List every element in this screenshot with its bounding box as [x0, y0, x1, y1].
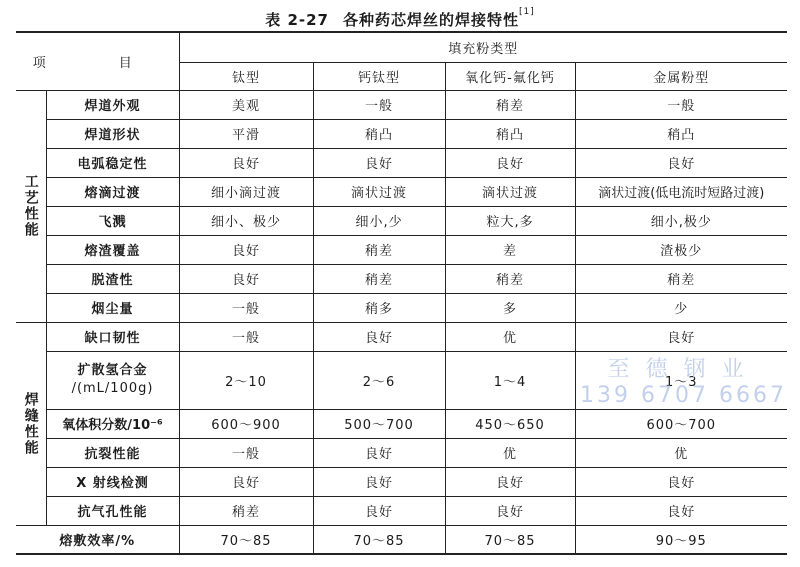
group-label-process: 工艺性能: [16, 90, 46, 322]
cell: 良好: [313, 148, 445, 177]
cell: 滴状过渡: [445, 177, 575, 206]
welding-characteristics-table: 项 目 填充粉类型 钛型 钙钛型 氧化钙-氟化钙 金属粉型 工艺性能 焊道外观 …: [16, 31, 787, 555]
cell: 良好: [445, 467, 575, 496]
row-item: 熔渣覆盖: [46, 235, 179, 264]
header-col-metal: 金属粉型: [575, 62, 787, 90]
table-row: 抗气孔性能 稍差 良好 良好 良好: [16, 496, 787, 525]
cell: 稍差: [313, 264, 445, 293]
header-col-cati: 钙钛型: [313, 62, 445, 90]
cell: 600～700: [575, 409, 787, 438]
cell: 优: [575, 438, 787, 467]
group-label-weld: 焊缝性能: [16, 322, 46, 525]
cell: 500～700: [313, 409, 445, 438]
cell: 良好: [179, 264, 313, 293]
row-item: 抗裂性能: [46, 438, 179, 467]
cell: 优: [445, 322, 575, 351]
row-item: 脱渣性: [46, 264, 179, 293]
cell: 稍差: [445, 264, 575, 293]
table-row-footer: 熔敷效率/% 70～85 70～85 70～85 90～95: [16, 525, 787, 554]
table-row: X 射线检测 良好 良好 良好 良好: [16, 467, 787, 496]
cell: 良好: [575, 148, 787, 177]
cell: 稍凸: [313, 119, 445, 148]
cell: 滴状过渡: [313, 177, 445, 206]
cell: 细小滴过渡: [179, 177, 313, 206]
row-item: 熔滴过渡: [46, 177, 179, 206]
cell: 良好: [575, 467, 787, 496]
cell: 多: [445, 293, 575, 322]
row-item: 扩散氢合金 /(mL/100g): [46, 351, 179, 409]
cell: 稍多: [313, 293, 445, 322]
table-row: 抗裂性能 一般 良好 优 优: [16, 438, 787, 467]
row-item: 抗气孔性能: [46, 496, 179, 525]
header-group: 填充粉类型: [179, 32, 787, 62]
cell: 差: [445, 235, 575, 264]
cell: 稍差: [575, 264, 787, 293]
cell: 一般: [313, 90, 445, 119]
cell: 70～85: [179, 525, 313, 554]
table-row: 烟尘量 一般 稍多 多 少: [16, 293, 787, 322]
table-row: 工艺性能 焊道外观 美观 一般 稍差 一般: [16, 90, 787, 119]
table-row: 扩散氢合金 /(mL/100g) 2～10 2～6 1～4 1～3: [16, 351, 787, 409]
cell: 良好: [575, 496, 787, 525]
cell: 良好: [575, 322, 787, 351]
cell: 一般: [179, 293, 313, 322]
cell: 一般: [179, 438, 313, 467]
row-item: 焊道外观: [46, 90, 179, 119]
cell: 优: [445, 438, 575, 467]
row-item: 飞溅: [46, 206, 179, 235]
cell: 良好: [445, 148, 575, 177]
header-item: 项 目: [16, 32, 179, 90]
table-row: 飞溅 细小、极少 细小,少 粒大,多 细小,极少: [16, 206, 787, 235]
table-row: 脱渣性 良好 稍差 稍差 稍差: [16, 264, 787, 293]
table-row: 熔滴过渡 细小滴过渡 滴状过渡 滴状过渡 滴状过渡(低电流时短路过渡): [16, 177, 787, 206]
row-item: 熔敷效率/%: [16, 525, 179, 554]
cell: 良好: [179, 148, 313, 177]
header-col-ti: 钛型: [179, 62, 313, 90]
cell: 稍差: [313, 235, 445, 264]
row-item: 焊道形状: [46, 119, 179, 148]
cell: 良好: [445, 496, 575, 525]
cell: 良好: [313, 496, 445, 525]
cell: 细小,少: [313, 206, 445, 235]
cell: 良好: [179, 467, 313, 496]
cell: 1～3: [575, 351, 787, 409]
table-row: 电弧稳定性 良好 良好 良好 良好: [16, 148, 787, 177]
cell: 2～6: [313, 351, 445, 409]
cell: 良好: [313, 322, 445, 351]
cell: 2～10: [179, 351, 313, 409]
cell: 渣极少: [575, 235, 787, 264]
cell: 一般: [179, 322, 313, 351]
table-caption: 各种药芯焊丝的焊接特性: [343, 11, 519, 29]
row-item-line2: /(mL/100g): [47, 380, 179, 398]
cell: 450～650: [445, 409, 575, 438]
table-number: 表 2-27: [265, 11, 329, 29]
cell: 美观: [179, 90, 313, 119]
row-item: X 射线检测: [46, 467, 179, 496]
cell: 一般: [575, 90, 787, 119]
cell: 稍凸: [575, 119, 787, 148]
cell: 粒大,多: [445, 206, 575, 235]
cell: 良好: [179, 235, 313, 264]
cell: 良好: [313, 438, 445, 467]
cell: 1～4: [445, 351, 575, 409]
cell: 90～95: [575, 525, 787, 554]
cell: 600～900: [179, 409, 313, 438]
header-col-cao-caf2: 氧化钙-氟化钙: [445, 62, 575, 90]
cell: 细小,极少: [575, 206, 787, 235]
table-row: 熔渣覆盖 良好 稍差 差 渣极少: [16, 235, 787, 264]
cell: 滴状过渡(低电流时短路过渡): [575, 177, 787, 206]
row-item: 氧体积分数/10⁻⁶: [46, 409, 179, 438]
cell: 70～85: [313, 525, 445, 554]
cell: 稍差: [445, 90, 575, 119]
header-row-1: 项 目 填充粉类型: [16, 32, 787, 62]
cell: 稍差: [179, 496, 313, 525]
table-title: 表 2-27各种药芯焊丝的焊接特性[1]: [0, 9, 800, 30]
row-item: 缺口韧性: [46, 322, 179, 351]
cell: 平滑: [179, 119, 313, 148]
row-item: 电弧稳定性: [46, 148, 179, 177]
cell: 少: [575, 293, 787, 322]
cell: 稍凸: [445, 119, 575, 148]
cell: 良好: [313, 467, 445, 496]
reference-mark: [1]: [519, 7, 535, 17]
cell: 70～85: [445, 525, 575, 554]
table-row: 焊道形状 平滑 稍凸 稍凸 稍凸: [16, 119, 787, 148]
table-row: 焊缝性能 缺口韧性 一般 良好 优 良好: [16, 322, 787, 351]
row-item-line1: 扩散氢合金: [47, 362, 179, 380]
row-item: 烟尘量: [46, 293, 179, 322]
table-row: 氧体积分数/10⁻⁶ 600～900 500～700 450～650 600～7…: [16, 409, 787, 438]
cell: 细小、极少: [179, 206, 313, 235]
